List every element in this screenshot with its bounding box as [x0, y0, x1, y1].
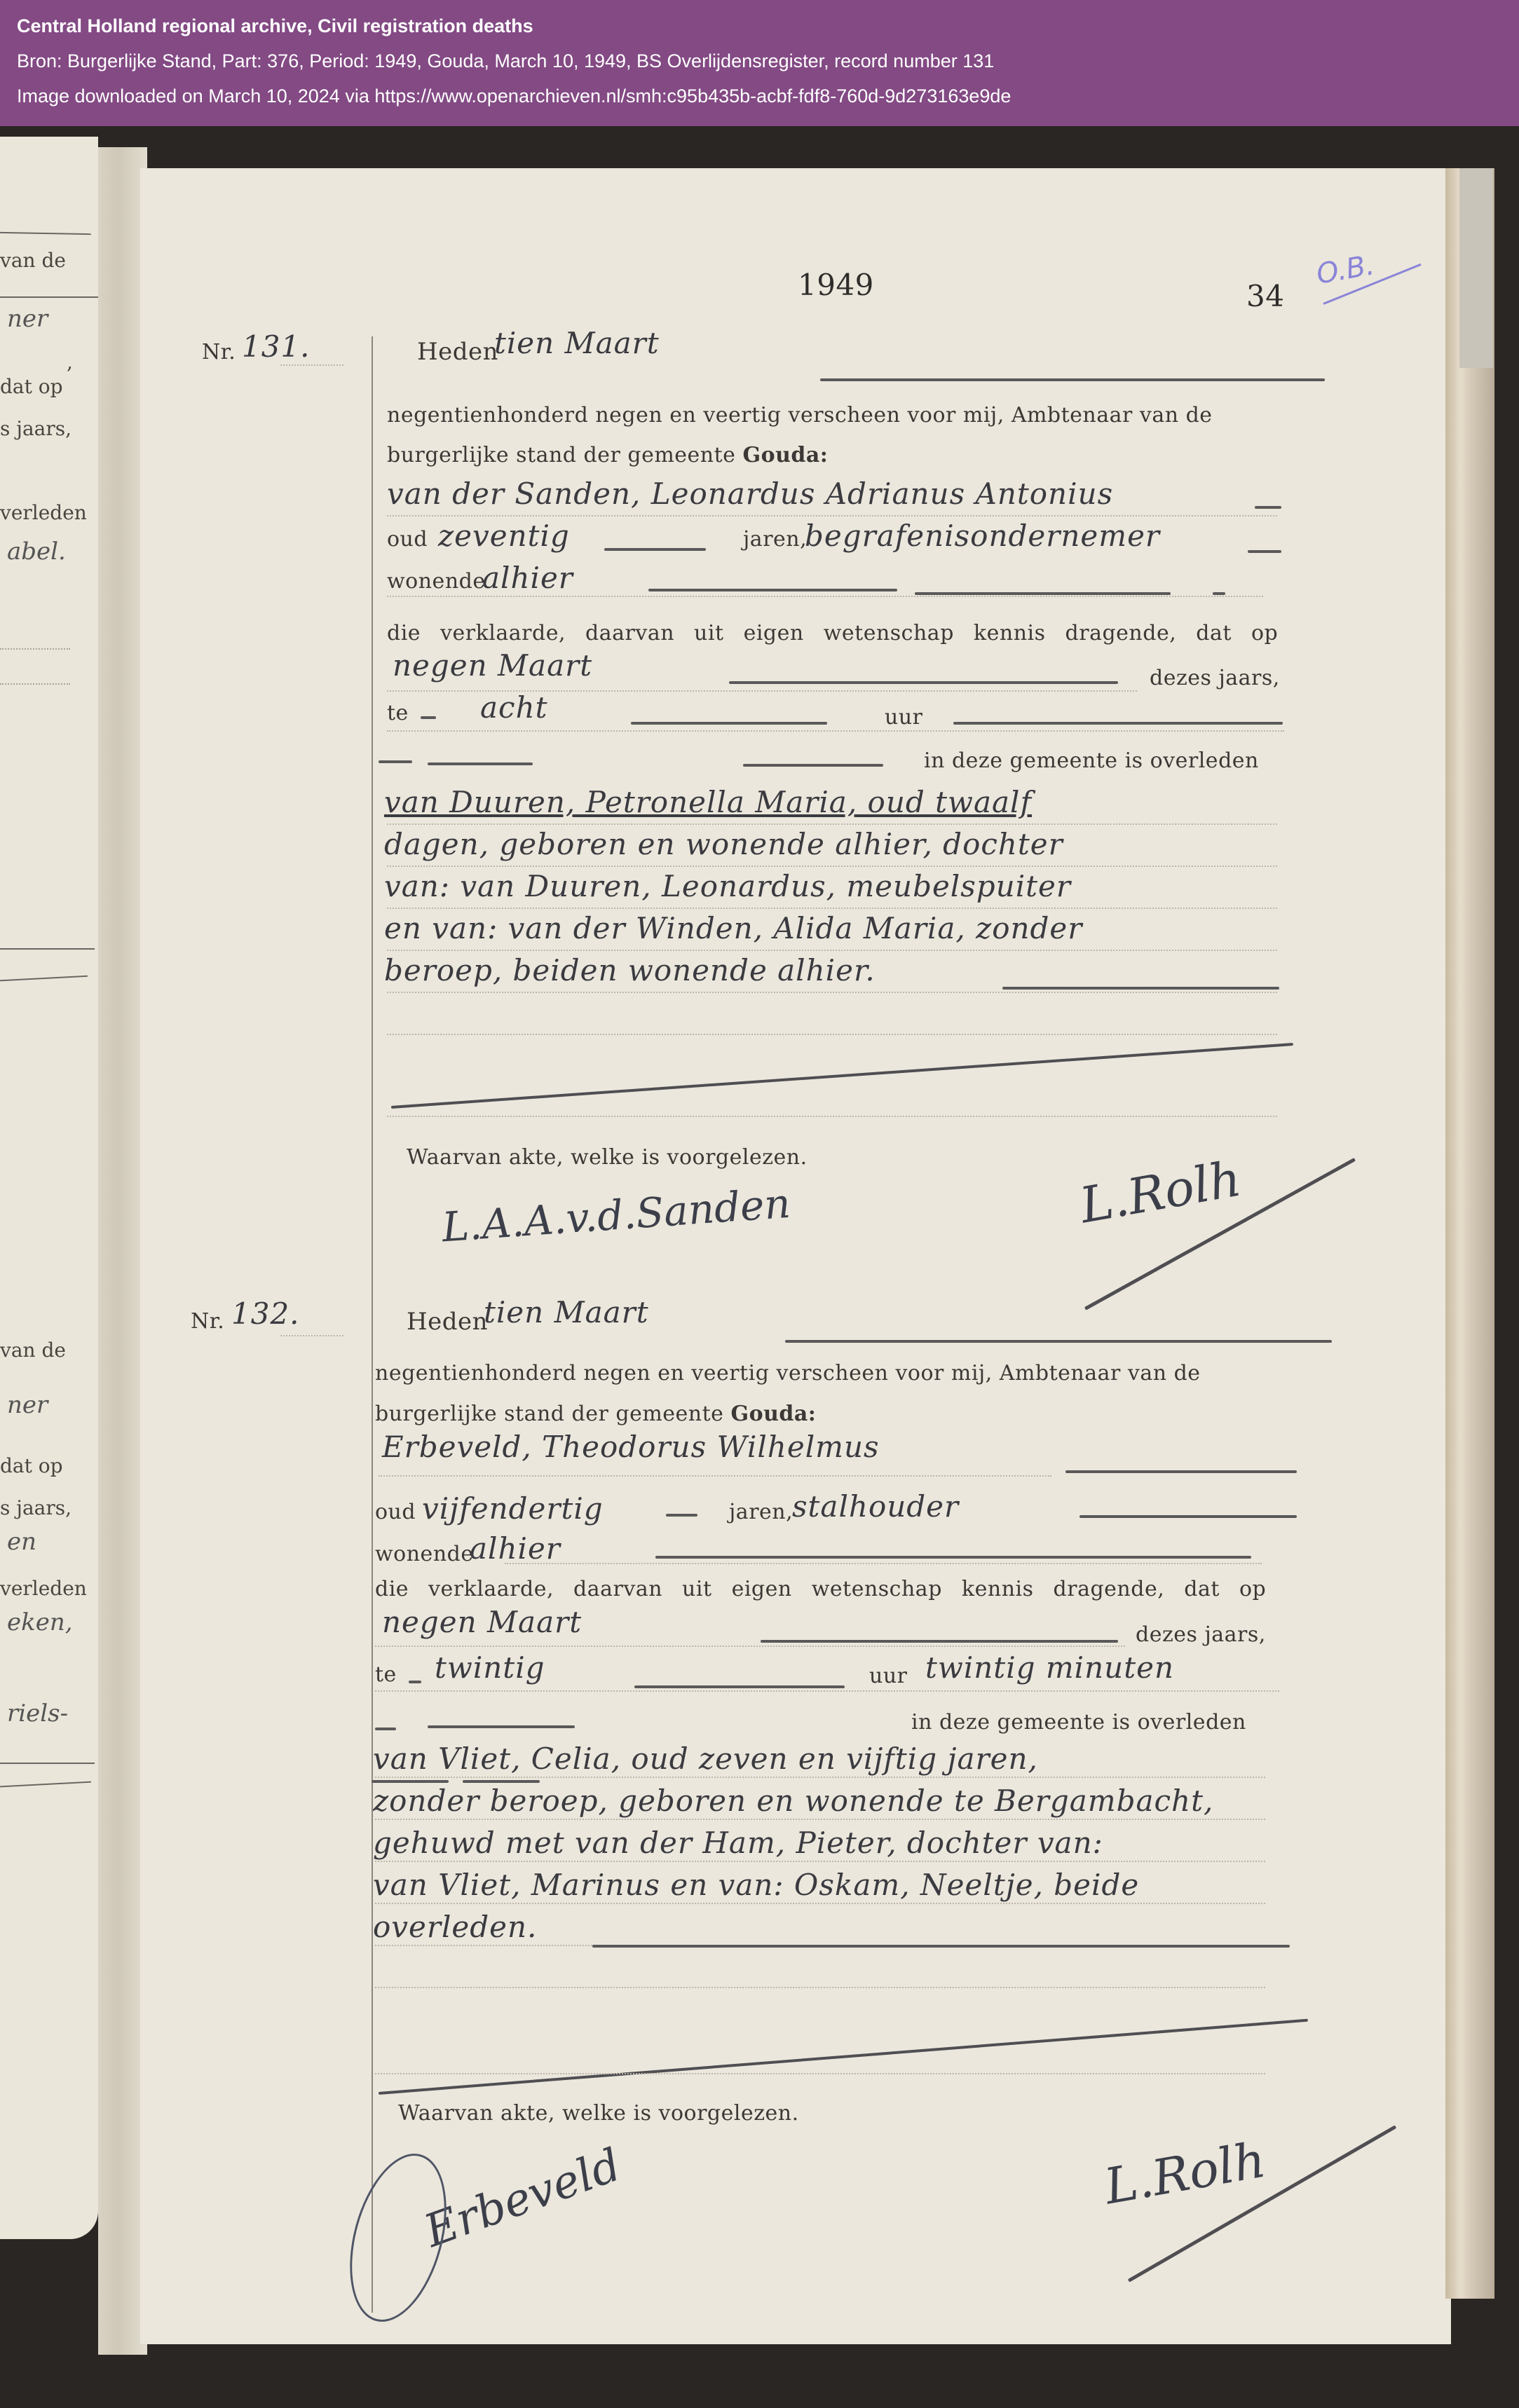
dotted-line — [375, 1987, 1265, 1988]
fill-stroke — [761, 1640, 1118, 1643]
fill-stroke — [1079, 1515, 1297, 1518]
name-underline — [372, 1780, 449, 1783]
fill-stroke — [820, 378, 1325, 381]
dotted-line — [387, 596, 1263, 597]
jaren-label: jaren, — [743, 527, 807, 552]
dotted-line — [375, 1861, 1265, 1862]
heden-label: Heden — [417, 338, 498, 366]
dotted-line — [387, 992, 1277, 993]
closing-line: Waarvan akte, welke is voorgelezen. — [398, 2101, 799, 2126]
te-label: te — [387, 701, 409, 725]
declarant-age: zeventig — [438, 519, 570, 553]
death-hour: acht — [480, 690, 548, 725]
fill-stroke — [729, 681, 1118, 684]
lp-handwriting: ner — [7, 1391, 48, 1419]
jaren-label: jaren, — [729, 1500, 793, 1524]
dotted-line — [387, 515, 1277, 517]
record-number: 132. — [231, 1297, 300, 1331]
deceased-line: dagen, geboren en wonende alhier, dochte… — [384, 827, 1063, 861]
dezes-jaars-label: dezes jaars, — [1150, 666, 1280, 690]
dezes-jaars-label: dezes jaars, — [1136, 1622, 1266, 1647]
death-hour: twintig — [435, 1650, 545, 1685]
archive-title: Central Holland regional archive, Civil … — [17, 15, 533, 37]
declarant-name: Erbeveld, Theodorus Wilhelmus — [382, 1430, 880, 1464]
fill-stroke — [428, 762, 533, 765]
form-line-3: burgerlijke stand der gemeente Gouda: — [375, 1402, 816, 1426]
fill-stroke — [666, 1514, 697, 1517]
dotted-line — [387, 1034, 1277, 1035]
lp-rule — [0, 296, 98, 298]
declarant-age: vijfendertig — [422, 1491, 604, 1526]
heden-label: Heden — [407, 1308, 488, 1336]
fill-stroke — [428, 1725, 575, 1728]
lp-rule — [0, 976, 88, 982]
form-line-3-text: burgerlijke stand der gemeente — [375, 1402, 723, 1426]
death-date: negen Maart — [382, 1605, 582, 1639]
declarant-occupation: stalhouder — [792, 1489, 959, 1524]
dotted-line — [375, 2073, 1265, 2074]
date-written: tien Maart — [494, 326, 660, 360]
deceased-line: van Vliet, Marinus en van: Oskam, Neeltj… — [373, 1868, 1139, 1902]
page-edge-top — [1459, 168, 1493, 368]
lp-text: van de — [0, 1339, 66, 1362]
fill-stroke — [1255, 506, 1281, 509]
fill-stroke — [953, 722, 1283, 725]
fill-stroke — [421, 716, 436, 719]
download-note: Image downloaded on March 10, 2024 via h… — [17, 85, 1011, 107]
lp-text: verleden — [0, 501, 87, 524]
dotted-line — [375, 1690, 1279, 1692]
lp-text: , — [67, 350, 73, 374]
declared-line: die verklaarde, daarvan uit eigen wetens… — [375, 1577, 1266, 1601]
dotted-line — [375, 1819, 1265, 1820]
deceased-line: en van: van der Winden, Alida Maria, zon… — [384, 911, 1082, 945]
dotted-line — [375, 1646, 1125, 1647]
oud-label: oud — [375, 1500, 416, 1524]
fill-stroke — [915, 592, 1171, 595]
lp-text: van de — [0, 249, 66, 272]
page-number: 34 — [1246, 279, 1284, 313]
declarant-name: van der Sanden, Leonardus Adrianus Anton… — [387, 477, 1113, 511]
dotted-line — [387, 730, 1284, 732]
dotted-line — [387, 866, 1277, 867]
lp-text: dat op — [0, 375, 63, 398]
deceased-line: van Duuren, Petronella Maria, oud twaalf — [384, 785, 1032, 819]
fill-stroke — [634, 1685, 845, 1688]
form-line-2: negentienhonderd negen en veertig versch… — [387, 403, 1213, 427]
fill-stroke — [375, 1728, 396, 1730]
municipality: Gouda: — [730, 1402, 816, 1426]
death-date: negen Maart — [393, 648, 592, 683]
archive-header: Central Holland regional archive, Civil … — [0, 0, 1519, 126]
fill-stroke — [379, 760, 412, 763]
margin-rule — [372, 336, 373, 2313]
lp-handwriting: abel. — [7, 538, 66, 566]
fill-stroke — [1248, 550, 1281, 553]
uur-label: uur — [869, 1664, 907, 1688]
lp-text: dat op — [0, 1454, 63, 1477]
wonende-label: wonende — [375, 1542, 474, 1566]
form-line-2: negentienhonderd negen en veertig versch… — [375, 1361, 1201, 1386]
page-stack-edge — [1445, 168, 1494, 2299]
fill-stroke — [648, 589, 897, 591]
fill-stroke — [604, 548, 706, 551]
record-number-label: Nr. — [202, 340, 236, 364]
page-year: 1949 — [798, 268, 874, 302]
source-citation: Bron: Burgerlijke Stand, Part: 376, Peri… — [17, 50, 994, 72]
lp-dots — [0, 648, 70, 650]
deceased-line: gehuwd met van der Ham, Pieter, dochter … — [373, 1826, 1103, 1860]
dotted-line — [387, 950, 1277, 951]
lp-text: s jaars, — [0, 1496, 71, 1519]
lp-text: s jaars, — [0, 417, 71, 440]
dotted-line — [387, 1116, 1277, 1117]
lp-rule — [0, 948, 95, 950]
overleden-label: in deze gemeente is overleden — [911, 1710, 1246, 1735]
dotted-line — [387, 823, 1277, 825]
dotted-line — [375, 1903, 1265, 1904]
lp-rule — [0, 1763, 95, 1764]
wonende-label: wonende — [387, 569, 486, 594]
fill-stroke — [785, 1340, 1332, 1343]
lp-rule — [0, 232, 91, 235]
fill-stroke — [655, 1556, 1251, 1559]
fill-stroke — [592, 1945, 1290, 1948]
lp-dots — [0, 683, 70, 685]
declarant-residence: alhier — [470, 1531, 561, 1566]
date-written: tien Maart — [484, 1295, 649, 1329]
dotted-line — [387, 908, 1277, 909]
lp-handwriting: en — [7, 1528, 36, 1556]
death-minutes: twintig minuten — [925, 1650, 1174, 1685]
te-label: te — [375, 1662, 397, 1687]
uur-label: uur — [885, 705, 922, 730]
declarant-residence: alhier — [482, 561, 573, 595]
deceased-line: van Vliet, Celia, oud zeven en vijftig j… — [373, 1742, 1038, 1776]
fill-stroke — [1002, 987, 1279, 990]
form-line-3: burgerlijke stand der gemeente Gouda: — [387, 443, 828, 467]
deceased-line: overleden. — [373, 1910, 537, 1944]
dotted-line — [280, 1335, 343, 1336]
lp-handwriting: ner — [7, 305, 48, 333]
record-number: 131. — [242, 329, 311, 364]
fill-stroke — [1065, 1470, 1297, 1473]
dotted-line — [505, 1563, 1262, 1564]
dotted-line — [375, 1777, 1265, 1778]
lp-handwriting: riels- — [7, 1699, 68, 1728]
deceased-line: zonder beroep, geboren en wonende te Ber… — [373, 1784, 1213, 1818]
oud-label: oud — [387, 527, 428, 552]
declarant-occupation: begrafenisondernemer — [805, 519, 1160, 553]
municipality: Gouda: — [742, 443, 828, 467]
fill-stroke — [631, 722, 827, 725]
deceased-line: beroep, beiden wonende alhier. — [384, 953, 876, 987]
form-line-3-text: burgerlijke stand der gemeente — [387, 443, 735, 467]
fill-stroke — [1213, 592, 1225, 595]
closing-line: Waarvan akte, welke is voorgelezen. — [407, 1145, 808, 1170]
name-underline — [463, 1780, 540, 1783]
dotted-line — [379, 1475, 1051, 1477]
fill-stroke — [743, 764, 883, 767]
record-number-label: Nr. — [191, 1309, 224, 1334]
lp-handwriting: eken, — [7, 1608, 73, 1636]
lp-text: verleden — [0, 1577, 87, 1600]
lp-rule — [0, 1781, 91, 1788]
declared-line: die verklaarde, daarvan uit eigen wetens… — [387, 621, 1278, 645]
overleden-label: in deze gemeente is overleden — [924, 748, 1259, 773]
fill-stroke — [409, 1681, 421, 1683]
left-page-fragment: van de ner , dat op s jaars, verleden ab… — [0, 137, 98, 2239]
deceased-line: van: van Duuren, Leonardus, meubelspuite… — [384, 869, 1071, 903]
dotted-line — [280, 364, 343, 366]
